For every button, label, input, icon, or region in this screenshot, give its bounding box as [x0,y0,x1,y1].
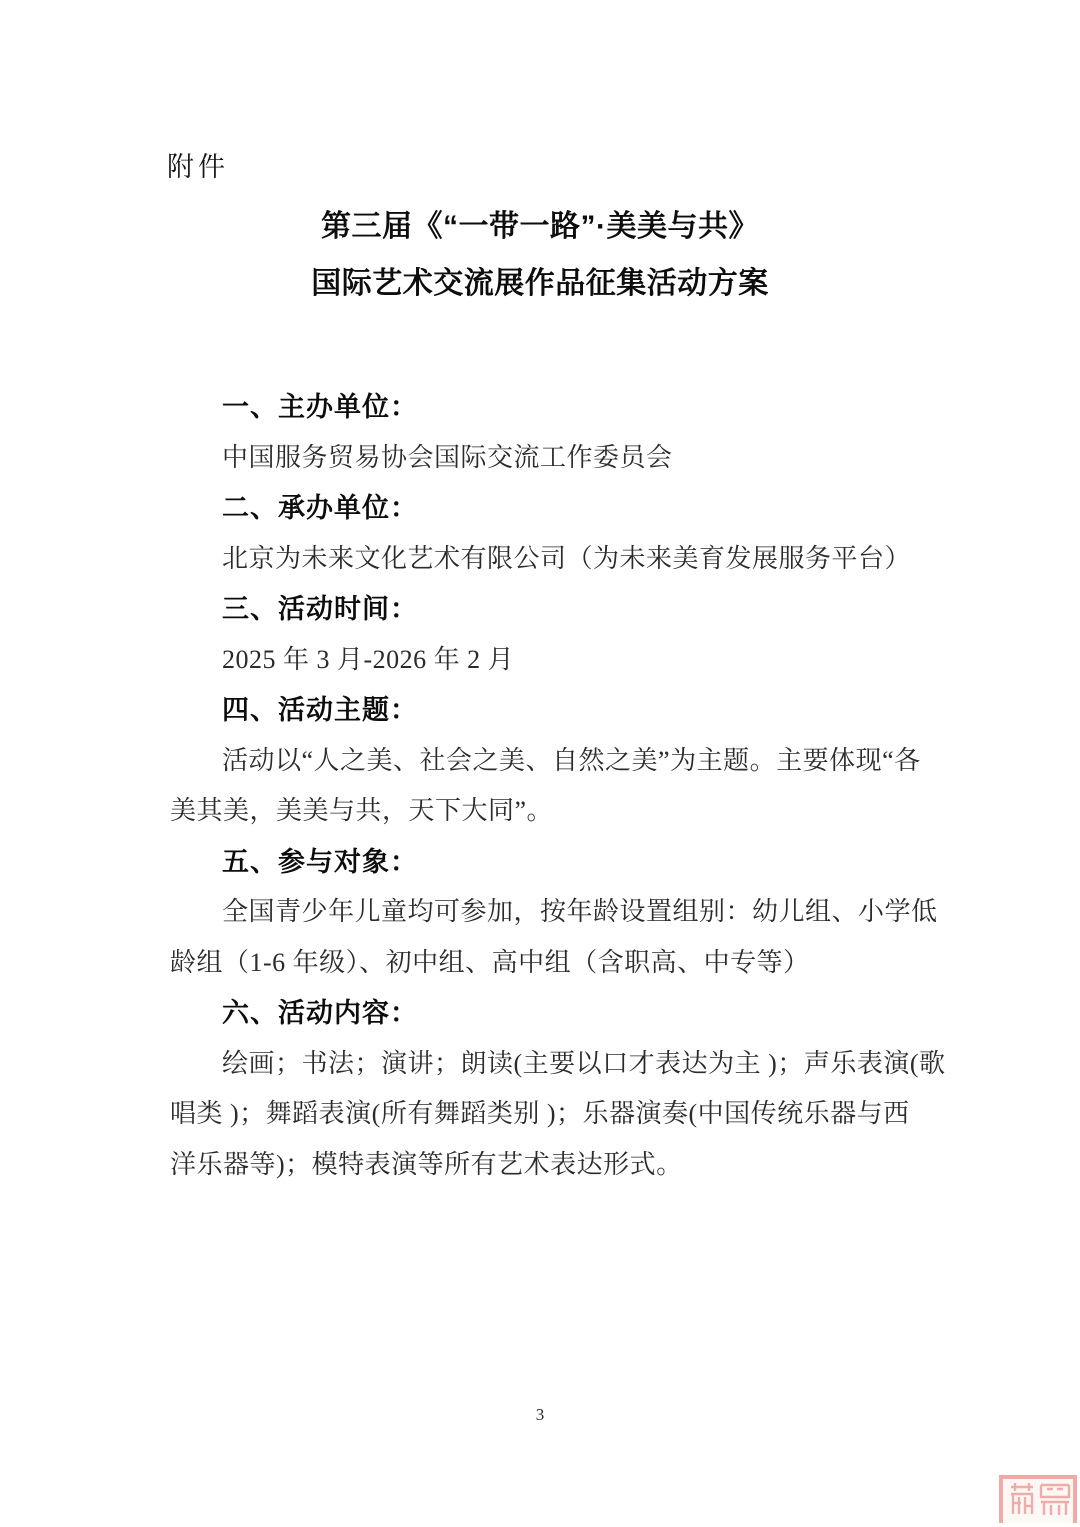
section-6-heading: 六、活动内容： [170,988,930,1039]
document-body: 一、主办单位： 中国服务贸易协会国际交流工作委员会 二、承办单位： 北京为未来文… [170,382,930,1190]
section-5-line-2: 龄组（1-6 年级）、初中组、高中组（含职高、中专等） [170,938,930,989]
document-title: 第三届《“一带一路”·美美与共》 国际艺术交流展作品征集活动方案 [0,198,1080,312]
section-1-heading: 一、主办单位： [170,382,930,433]
section-3-heading: 三、活动时间： [170,584,930,635]
section-4-line-2: 美其美，美美与共，天下大同”。 [170,786,930,837]
document-title-line-2: 国际艺术交流展作品征集活动方案 [0,255,1080,312]
section-6-line-2: 唱类 )；舞蹈表演(所有舞蹈类别 )；乐器演奏(中国传统乐器与西 [170,1089,930,1140]
section-5-heading: 五、参与对象： [170,837,930,888]
page-number: 3 [0,1405,1080,1425]
watermark-seal-stamp [999,1473,1077,1523]
section-6-line-1: 绘画；书法；演讲；朗读(主要以口才表达为主 )；声乐表演(歌 [170,1039,930,1090]
seal-icon [999,1473,1077,1523]
section-4-line-1: 活动以“人之美、社会之美、自然之美”为主题。主要体现“各 [170,736,930,787]
section-1-line-1: 中国服务贸易协会国际交流工作委员会 [170,433,930,484]
section-4-heading: 四、活动主题： [170,685,930,736]
document-page: 附件 第三届《“一带一路”·美美与共》 国际艺术交流展作品征集活动方案 一、主办… [0,0,1080,1527]
section-2-heading: 二、承办单位： [170,483,930,534]
attachment-label: 附件 [167,150,229,184]
document-title-line-1: 第三届《“一带一路”·美美与共》 [0,198,1080,255]
section-6-line-3: 洋乐器等)；模特表演等所有艺术表达形式。 [170,1140,930,1191]
section-3-line-1: 2025 年 3 月-2026 年 2 月 [170,635,930,686]
section-5-line-1: 全国青少年儿童均可参加，按年龄设置组别：幼儿组、小学低 [170,887,930,938]
section-2-line-1: 北京为未来文化艺术有限公司（为未来美育发展服务平台） [170,534,930,585]
